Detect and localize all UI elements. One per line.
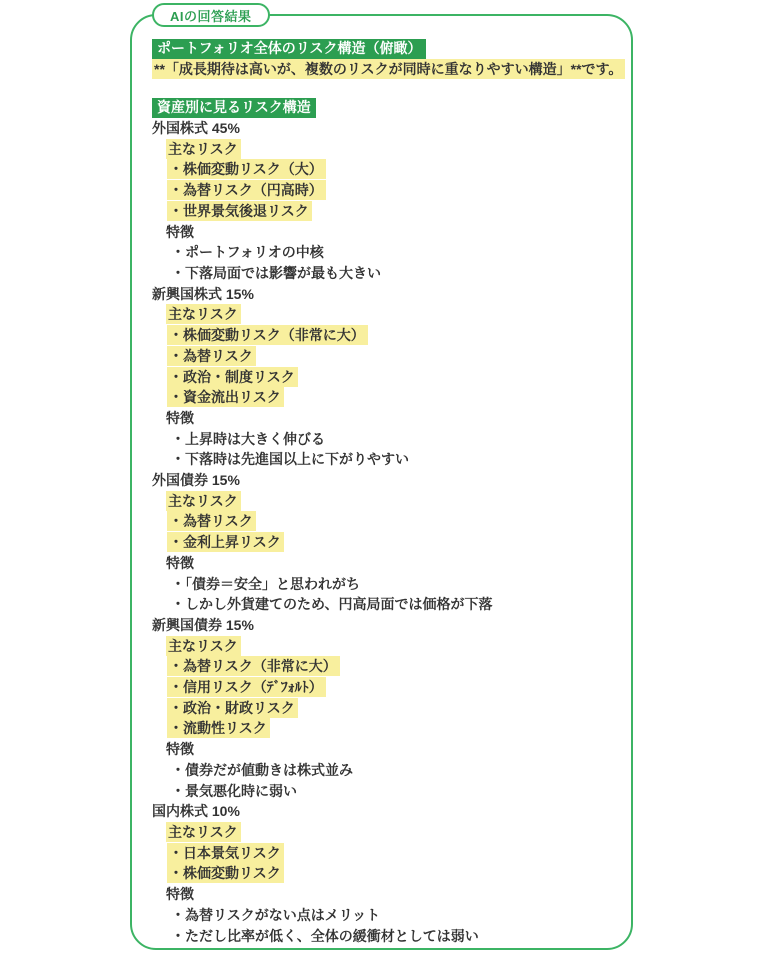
- risk-item-row: ・信用リスク（ﾃﾞﾌｫﾙﾄ）: [152, 677, 617, 698]
- assets-heading-row: 資産別に見るリスク構造: [152, 97, 617, 118]
- asset-block: 外国債券 15%主なリスク・為替リスク・金利上昇リスク特徴・「債券＝安全」と思わ…: [152, 470, 617, 615]
- risk-item-row: ・政治・財政リスク: [152, 698, 617, 719]
- risk-item: ・政治・制度リスク: [167, 367, 298, 387]
- risks-label-row: 主なリスク: [152, 139, 617, 160]
- risk-item: ・株価変動リスク（非常に大）: [167, 325, 368, 345]
- feature-item: ・債券だが値動きは株式並み: [152, 760, 617, 781]
- risk-item: ・為替リスク（円高時）: [167, 180, 326, 200]
- ai-answer-badge-label: AIの回答結果: [170, 6, 252, 25]
- asset-name: 新興国株式 15%: [152, 284, 617, 305]
- risks-label: 主なリスク: [166, 822, 241, 842]
- assets-heading: 資産別に見るリスク構造: [152, 98, 316, 118]
- risks-label-row: 主なリスク: [152, 822, 617, 843]
- risks-label: 主なリスク: [166, 636, 241, 656]
- spacer: [152, 79, 617, 97]
- asset-name: 新興国債券 15%: [152, 615, 617, 636]
- risk-item: ・為替リスク: [167, 511, 256, 531]
- overview-heading-row: ポートフォリオ全体のリスク構造（俯瞰）: [152, 38, 617, 59]
- feature-item: ・下落時は先進国以上に下がりやすい: [152, 449, 617, 470]
- risk-item-row: ・為替リスク: [152, 346, 617, 367]
- risk-item: ・流動性リスク: [167, 718, 270, 738]
- risk-item: ・世界景気後退リスク: [167, 201, 312, 221]
- features-label: 特徴: [152, 739, 617, 760]
- feature-item: ・ただし比率が低く、全体の緩衝材としては弱い: [152, 926, 617, 947]
- risks-label: 主なリスク: [166, 491, 241, 511]
- risks-label-row: 主なリスク: [152, 304, 617, 325]
- features-label: 特徴: [152, 553, 617, 574]
- asset-block: 外国株式 45%主なリスク・株価変動リスク（大）・為替リスク（円高時）・世界景気…: [152, 118, 617, 284]
- feature-item: ・景気悪化時に弱い: [152, 781, 617, 802]
- risk-item-row: ・為替リスク: [152, 511, 617, 532]
- risk-item-row: ・為替リスク（非常に大）: [152, 656, 617, 677]
- asset-name: 外国債券 15%: [152, 470, 617, 491]
- risk-item: ・株価変動リスク（大）: [167, 159, 326, 179]
- page: AIの回答結果 ポートフォリオ全体のリスク構造（俯瞰） **「成長期待は高いが、…: [0, 0, 770, 962]
- ai-answer-badge: AIの回答結果: [152, 3, 270, 27]
- feature-item: ・上昇時は大きく伸びる: [152, 429, 617, 450]
- feature-item: ・下落局面では影響が最も大きい: [152, 263, 617, 284]
- risk-item-row: ・世界景気後退リスク: [152, 201, 617, 222]
- features-label: 特徴: [152, 222, 617, 243]
- risks-label-row: 主なリスク: [152, 491, 617, 512]
- risk-item-row: ・流動性リスク: [152, 718, 617, 739]
- asset-block: 新興国株式 15%主なリスク・株価変動リスク（非常に大）・為替リスク・政治・制度…: [152, 284, 617, 470]
- risk-item-row: ・株価変動リスク: [152, 863, 617, 884]
- asset-block: 新興国債券 15%主なリスク・為替リスク（非常に大）・信用リスク（ﾃﾞﾌｫﾙﾄ）…: [152, 615, 617, 801]
- risk-item-row: ・株価変動リスク（非常に大）: [152, 325, 617, 346]
- risk-item: ・信用リスク（ﾃﾞﾌｫﾙﾄ）: [167, 677, 326, 697]
- feature-item: ・しかし外貨建てのため、円高局面では価格が下落: [152, 594, 617, 615]
- risk-item-row: ・政治・制度リスク: [152, 367, 617, 388]
- risk-item-row: ・日本景気リスク: [152, 843, 617, 864]
- risk-item-row: ・株価変動リスク（大）: [152, 159, 617, 180]
- risk-item: ・日本景気リスク: [167, 843, 284, 863]
- risk-item: ・為替リスク（非常に大）: [167, 656, 340, 676]
- ai-answer-panel: AIの回答結果 ポートフォリオ全体のリスク構造（俯瞰） **「成長期待は高いが、…: [130, 14, 633, 950]
- risk-item: ・株価変動リスク: [167, 863, 284, 883]
- asset-list: 外国株式 45%主なリスク・株価変動リスク（大）・為替リスク（円高時）・世界景気…: [152, 118, 617, 946]
- risk-item: ・為替リスク: [167, 346, 256, 366]
- risk-item: ・金利上昇リスク: [167, 532, 284, 552]
- risk-item-row: ・金利上昇リスク: [152, 532, 617, 553]
- feature-item: ・「債券＝安全」と思われがち: [152, 574, 617, 595]
- risk-item: ・資金流出リスク: [167, 387, 284, 407]
- risk-item: ・政治・財政リスク: [167, 698, 298, 718]
- overview-summary: **「成長期待は高いが、複数のリスクが同時に重なりやすい構造」**です。: [152, 59, 625, 79]
- risks-label: 主なリスク: [166, 304, 241, 324]
- feature-item: ・為替リスクがない点はメリット: [152, 905, 617, 926]
- asset-name: 外国株式 45%: [152, 118, 617, 139]
- risks-label: 主なリスク: [166, 139, 241, 159]
- asset-block: 国内株式 10%主なリスク・日本景気リスク・株価変動リスク特徴・為替リスクがない…: [152, 801, 617, 946]
- overview-heading: ポートフォリオ全体のリスク構造（俯瞰）: [152, 39, 426, 59]
- features-label: 特徴: [152, 408, 617, 429]
- risks-label-row: 主なリスク: [152, 636, 617, 657]
- features-label: 特徴: [152, 884, 617, 905]
- feature-item: ・ポートフォリオの中核: [152, 242, 617, 263]
- overview-summary-row: **「成長期待は高いが、複数のリスクが同時に重なりやすい構造」**です。: [152, 59, 617, 80]
- answer-content: ポートフォリオ全体のリスク構造（俯瞰） **「成長期待は高いが、複数のリスクが同…: [152, 38, 617, 946]
- risk-item-row: ・資金流出リスク: [152, 387, 617, 408]
- risk-item-row: ・為替リスク（円高時）: [152, 180, 617, 201]
- asset-name: 国内株式 10%: [152, 801, 617, 822]
